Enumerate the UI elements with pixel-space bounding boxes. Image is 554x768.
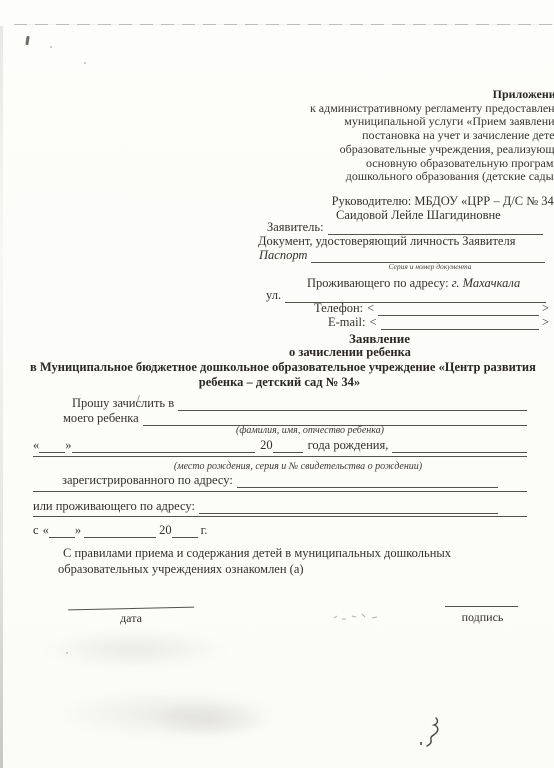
date-label: дата [68,611,194,626]
appendix-line: Приложение [90,88,554,102]
email-row: E-mail: < > [328,315,549,330]
quote-close: » [75,523,81,538]
blank-underline [84,523,156,538]
child-name-row: моего ребенка [63,411,527,426]
birth-place-hint: (место рождения, серия и № свидетельства… [35,461,527,472]
year-suffix-label: г. [201,523,208,538]
paper-speck [50,46,52,48]
email-label: E-mail: [328,315,366,330]
child-name-hint: (фамилия, имя, отчество ребенка) [35,425,527,436]
street-label: ул. [266,288,281,303]
angle-open-bracket: < [367,301,374,316]
appendix-line: муниципальной услуги «Прием заявлений [90,115,554,129]
appendix-line: к административному регламенту предостав… [90,102,554,116]
passport-row: Паспорт [259,248,545,263]
application-subtitle: о зачислении ребенка [289,345,411,360]
blank-underline [378,301,539,316]
scanner-edge-line [14,24,554,25]
institution-title-line1: в Муниципальное бюджетное дошкольное обр… [30,360,529,375]
blank-underline [143,411,527,426]
passport-label: Паспорт [259,248,307,263]
paper-smudge [150,700,270,740]
pencil-scribble [332,609,392,621]
passport-hint: Серия и номер документа [315,262,545,271]
addressee-to: Руководителю: МБДОУ «ЦРР – Д/С № 34» [200,194,554,209]
date-underline [68,594,194,611]
angle-close-bracket: > [542,301,549,316]
signature-label: подпись [440,610,525,625]
enroll-label: Прошу зачислить в [72,396,174,411]
since-label: с [33,523,39,538]
child-label: моего ребенка [63,411,139,426]
birth-extra-underline [33,443,527,457]
pen-dot [420,742,422,745]
pen-squiggle [426,716,442,748]
enroll-request-row: Прошу зачислить в [72,396,527,411]
consent-paragraph: С правилами приема и содержания детей в … [58,546,506,577]
angle-close-bracket: > [542,315,549,330]
living-extra-underline [33,503,527,517]
phone-row: Телефон: < > [314,301,549,316]
scanned-application-page: Приложение к административному регламент… [0,0,554,768]
blank-underline [328,220,543,235]
blank-underline [381,315,539,330]
paper-speck [84,62,86,64]
appendix-line: постановка на учет и зачисление детей [90,129,554,143]
appendix-block: Приложение к административному регламент… [90,88,554,184]
signature-underline [445,593,518,607]
applicant-label: Заявитель: [267,220,324,235]
appendix-line: образовательные учреждения, реализующи [90,143,554,157]
scanner-left-edge [0,26,3,768]
applicant-row: Заявитель: [267,220,543,235]
ink-tick-mark [25,36,29,45]
registered-extra-underline [33,478,527,492]
year-prefix: 20 [159,523,172,538]
appendix-line: дошкольного образования (детские сады): [90,170,554,184]
angle-open-bracket: < [370,315,377,330]
institution-title-line2: ребенка – детский сад № 34» [30,375,529,390]
blank-underline [49,523,75,538]
attendance-date-row: с « » 20 г. [33,523,233,538]
appendix-line: основную образовательную программ [90,157,554,171]
paper-smudge [40,628,230,670]
phone-label: Телефон: [314,301,363,316]
blank-underline [178,396,527,411]
blank-underline [311,248,545,263]
identity-doc-label: Документ, удостоверяющий личность Заявит… [258,234,515,249]
blank-underline [172,523,198,538]
